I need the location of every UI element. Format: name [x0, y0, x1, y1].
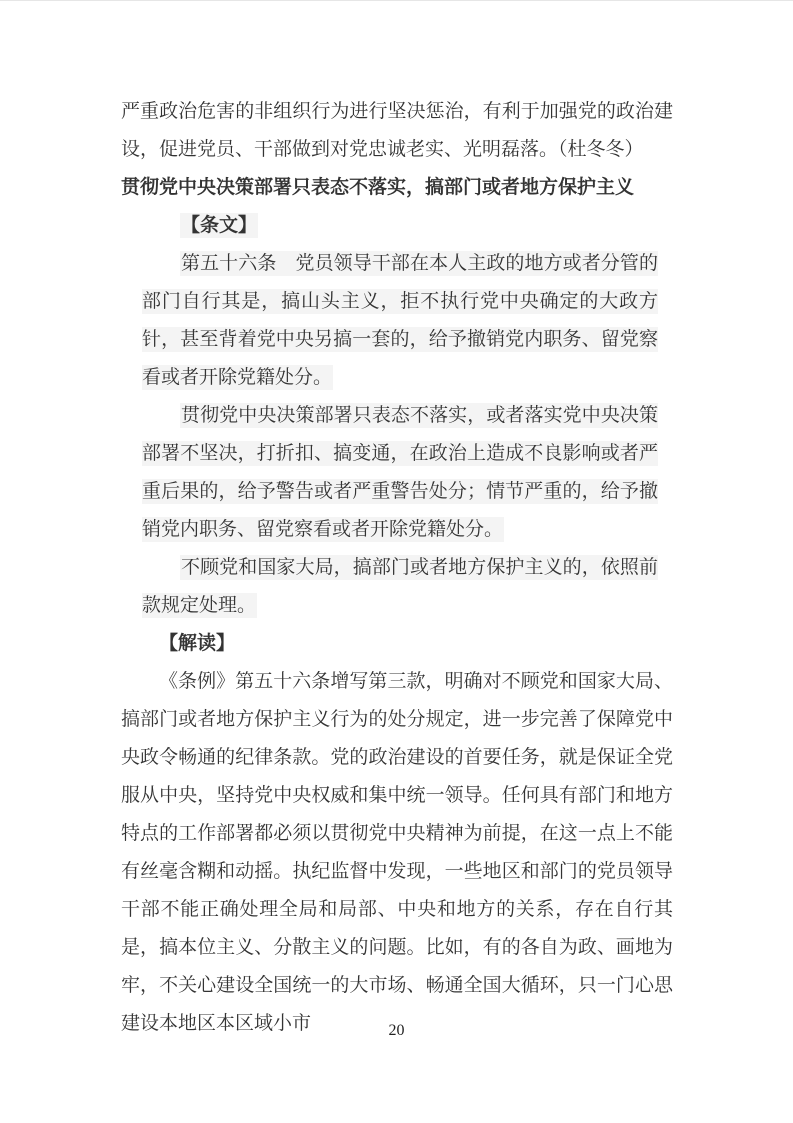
page-number: 20 — [0, 1020, 793, 1042]
tiaowen-label: 【条文】 — [180, 213, 258, 238]
jiedu-label-line: 【解读】 — [121, 625, 673, 663]
tiaowen-paragraph-text: 不顾党和国家大局，搞部门或者地方保护主义的，依照前款规定处理。 — [142, 555, 658, 618]
tiaowen-paragraph: 不顾党和国家大局，搞部门或者地方保护主义的，依照前款规定处理。 — [142, 549, 658, 625]
jiedu-paragraph: 《条例》第五十六条增写第三款，明确对不顾党和国家大局、搞部门或者地方保护主义行为… — [121, 663, 673, 1043]
tiaowen-section: 【条文】 第五十六条 党员领导干部在本人主政的地方或者分管的部门自行其是，搞山头… — [142, 207, 658, 625]
tiaowen-paragraph-text: 贯彻党中央决策部署只表态不落实，或者落实党中央决策部署不坚决，打折扣、搞变通，在… — [142, 403, 658, 542]
document-page: 严重政治危害的非组织行为进行坚决惩治，有利于加强党的政治建设，促进党员、干部做到… — [0, 0, 793, 1123]
tiaowen-paragraph-text: 第五十六条 党员领导干部在本人主政的地方或者分管的部门自行其是，搞山头主义，拒不… — [142, 251, 658, 390]
section-heading: 贯彻党中央决策部署只表态不落实，搞部门或者地方保护主义 — [121, 169, 673, 207]
jiedu-label: 【解读】 — [159, 633, 235, 654]
tiaowen-label-line: 【条文】 — [142, 207, 658, 245]
tiaowen-paragraph: 贯彻党中央决策部署只表态不落实，或者落实党中央决策部署不坚决，打折扣、搞变通，在… — [142, 397, 658, 549]
page-content: 严重政治危害的非组织行为进行坚决惩治，有利于加强党的政治建设，促进党员、干部做到… — [121, 93, 673, 1043]
intro-paragraph: 严重政治危害的非组织行为进行坚决惩治，有利于加强党的政治建设，促进党员、干部做到… — [121, 93, 673, 169]
tiaowen-paragraph: 第五十六条 党员领导干部在本人主政的地方或者分管的部门自行其是，搞山头主义，拒不… — [142, 245, 658, 397]
